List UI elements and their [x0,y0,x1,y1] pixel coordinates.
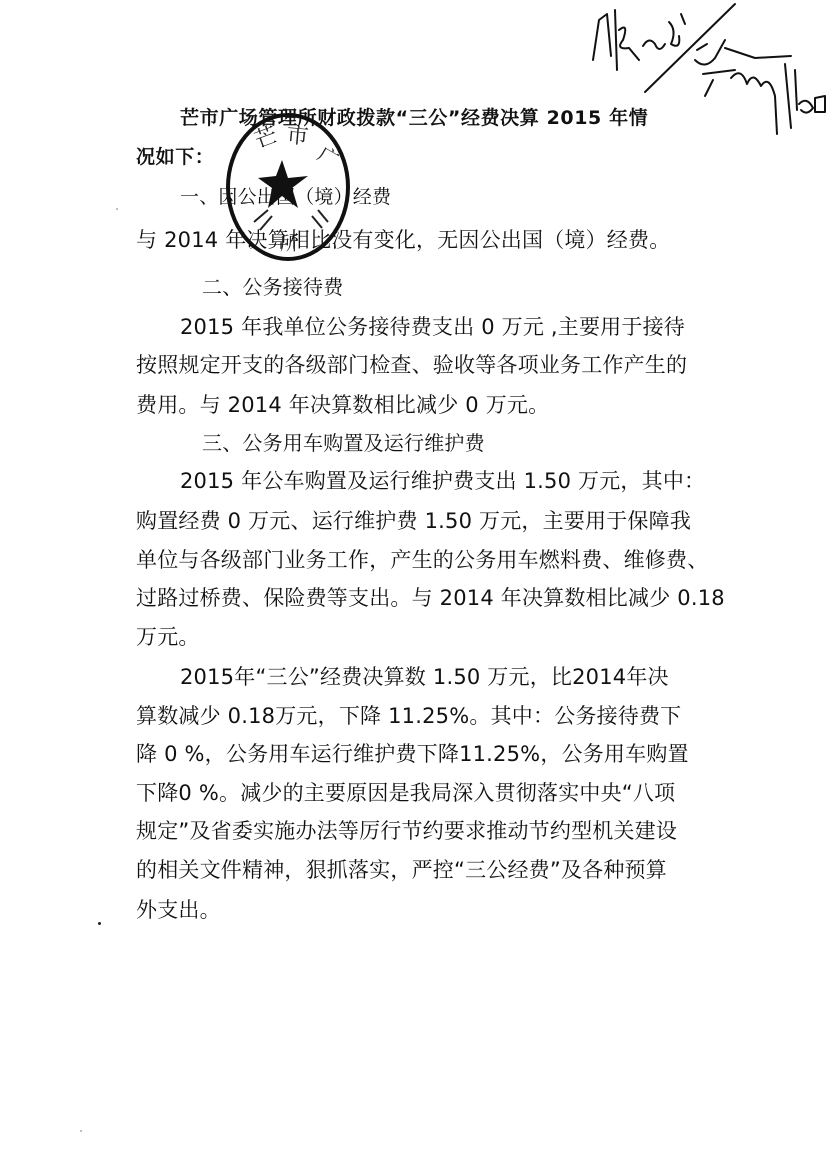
summary-line-3: 降 0 %，公务用车运行维护费下降11.25%，公务用车购置 [136,740,689,768]
official-stamp-icon: 芒 市 广 所 [224,112,352,262]
summary-line-5: 规定”及省委实施办法等厉行节约要求推动节约型机关建设 [136,817,677,845]
section-2-heading: 二、公务接待费 [202,273,343,301]
svg-text:所: 所 [280,234,298,255]
section-2-line-1: 2015 年我单位公务接待费支出 0 万元 ,主要用于接待 [180,313,685,341]
section-1-line-1: 与 2014 年决算相比没有变化，无因公出国（境）经费。 [136,226,670,254]
section-3-line-1: 2015 年公车购置及运行维护费支出 1.50 万元，其中： [180,467,705,495]
handwritten-signature-icon [585,0,830,140]
section-2-line-3: 费用。与 2014 年决算数相比减少 0 万元。 [136,391,549,419]
summary-line-2: 算数减少 0.18万元，下降 11.25%。其中：公务接待费下 [136,702,681,730]
section-3-line-3: 单位与各级部门业务工作，产生的公务用车燃料费、维修费、 [136,546,708,574]
summary-line-4: 下降0 %。减少的主要原因是我局深入贯彻落实中央“八项 [136,779,675,807]
scan-speck [98,922,101,925]
summary-line-1: 2015年“三公”经费决算数 1.50 万元，比2014年决 [180,663,669,691]
summary-line-6: 的相关文件精神，狠抓落实，严控“三公经费”及各种预算 [136,856,667,884]
section-3-line-2: 购置经费 0 万元、运行维护费 1.50 万元，主要用于保障我 [136,507,691,535]
section-3-line-4: 过路过桥费、保险费等支出。与 2014 年决算数相比减少 0.18 [136,584,725,612]
document-title-line-2: 况如下： [136,143,214,171]
section-3-heading: 三、公务用车购置及运行维护费 [202,429,485,457]
document-page: 芒市广场管理所财政拨款“三公”经费决算 2015 年情 况如下： 一、因公出国（… [0,0,830,1168]
summary-line-7: 外支出。 [136,896,221,924]
svg-text:市: 市 [285,123,309,150]
scan-speck [80,1130,82,1132]
section-3-line-5: 万元。 [136,623,200,651]
section-2-line-2: 按照规定开支的各级部门检查、验收等各项业务工作产生的 [136,351,687,379]
scan-speck [116,208,118,210]
